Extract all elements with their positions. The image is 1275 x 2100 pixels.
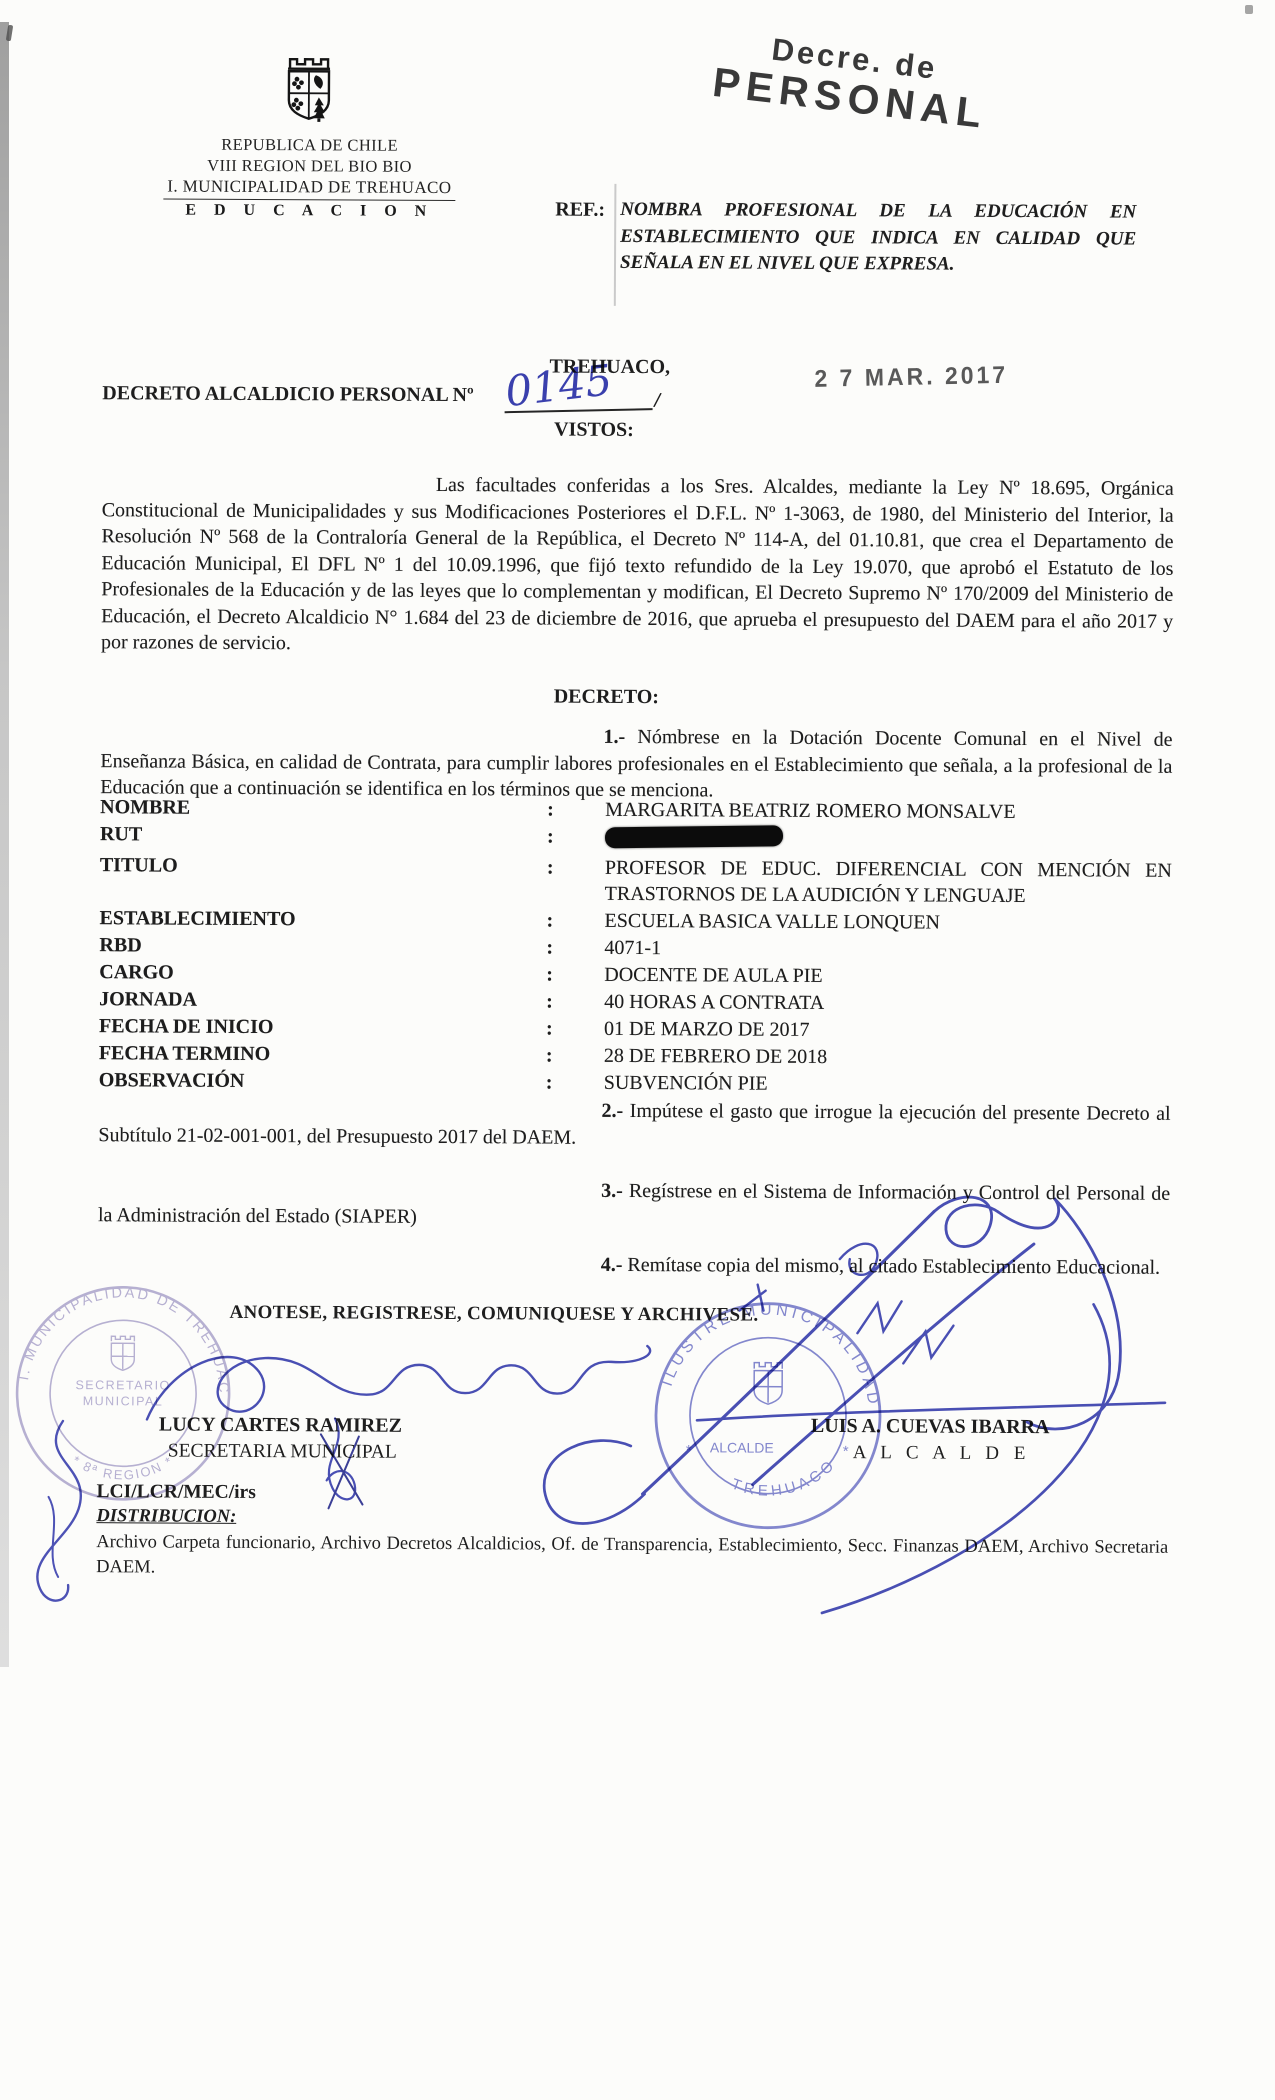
secretary-round-stamp: I. MUNICIPALIDAD DE TREHUACO * 8ª REGION… xyxy=(6,1277,239,1515)
item-2-text: Impútese el gasto que irrogue la ejecuci… xyxy=(98,1100,1170,1148)
ref-text: NOMBRA PROFESIONAL DE LA EDUCACIÓN EN ES… xyxy=(620,197,1136,279)
municipal-coat-of-arms-icon xyxy=(272,52,346,137)
detail-label: RBD xyxy=(99,932,546,961)
detail-value: 28 DE FEBRERO DE 2018 xyxy=(604,1042,1171,1071)
detail-value: SUBVENCIÓN PIE xyxy=(604,1069,1171,1098)
mayor-round-stamp: ILUSTRE MUNICIPALIDAD TREHUACO ALCALDE *… xyxy=(644,1292,891,1544)
appointment-details-table: NOMBRE:MARGARITA BEATRIZ ROMERO MONSALVE… xyxy=(99,794,1173,1099)
distribution-text: Archivo Carpeta funcionario, Archivo Dec… xyxy=(96,1530,1168,1586)
letterhead-municipality: I. MUNICIPALIDAD DE TREHUACO xyxy=(163,176,455,202)
detail-colon: : xyxy=(546,1069,604,1096)
table-row: OBSERVACIÓN:SUBVENCIÓN PIE xyxy=(99,1067,1171,1100)
detail-value: 40 HORAS A CONTRATA xyxy=(604,988,1171,1017)
detail-colon: : xyxy=(547,854,605,881)
decree-number-label: DECRETO ALCALDICIO PERSONAL Nº xyxy=(102,382,473,407)
date-stamp: 2 7 MAR. 2017 xyxy=(814,361,1008,393)
detail-label: TITULO xyxy=(100,852,547,881)
decreto-item-2: 2.- Impútese el gasto que irrogue la eje… xyxy=(98,1095,1170,1154)
detail-label: FECHA TERMINO xyxy=(99,1040,546,1069)
detail-colon: : xyxy=(547,907,605,934)
item-4-text: Remítase copia del mismo, al citado Esta… xyxy=(627,1254,1160,1279)
detail-colon: : xyxy=(546,988,604,1015)
left-stamp-crest-icon xyxy=(111,1336,134,1370)
decree-number-slash: / xyxy=(652,387,662,414)
detail-value xyxy=(605,824,1172,857)
detail-colon: : xyxy=(546,1015,604,1042)
detail-colon: : xyxy=(547,824,605,851)
detail-value: MARGARITA BEATRIZ ROMERO MONSALVE xyxy=(605,797,1172,826)
decreto-item-3: 3.- Regístrese en el Sistema de Informac… xyxy=(98,1175,1170,1234)
detail-value: ESCUELA BASICA VALLE LONQUEN xyxy=(605,907,1172,936)
detail-value: 4071-1 xyxy=(604,934,1171,963)
redacted-rut-value xyxy=(605,825,783,848)
detail-value: PROFESOR DE EDUC. DIFERENCIAL CON MENCIÓ… xyxy=(605,854,1172,910)
scan-edge-shadow xyxy=(0,22,9,1667)
right-stamp-ring-top: ILUSTRE MUNICIPALIDAD xyxy=(659,1301,883,1409)
detail-label: FECHA DE INICIO xyxy=(99,1013,546,1042)
decree-number-underline xyxy=(504,382,653,413)
decreto-heading: DECRETO: xyxy=(554,686,659,710)
decreto-item-1: 1.- Nómbrese en la Dotación Docente Comu… xyxy=(100,721,1172,806)
scan-fold-line xyxy=(614,184,617,306)
svg-text:TREHUACO: TREHUACO xyxy=(729,1455,840,1500)
right-stamp-star-left: * xyxy=(686,1442,692,1459)
decreto-item-4: 4.- Remítase copia del mismo, al citado … xyxy=(98,1249,1170,1281)
right-stamp-ring-bottom: TREHUACO xyxy=(729,1455,840,1500)
detail-colon: : xyxy=(546,961,604,988)
item-4-number: 4.- xyxy=(601,1254,623,1276)
detail-colon: : xyxy=(547,797,605,824)
detail-label: NOMBRE xyxy=(100,794,547,823)
detail-colon: : xyxy=(546,934,604,961)
item-3-number: 3.- xyxy=(601,1180,623,1202)
left-stamp-center-line1: SECRETARIO xyxy=(75,1378,170,1392)
detail-value: DOCENTE DE AULA PIE xyxy=(604,961,1171,990)
item-1-text: Nómbrese en la Dotación Docente Comunal … xyxy=(100,726,1172,801)
item-3-text: Regístrese en el Sistema de Información … xyxy=(98,1180,1170,1227)
detail-value: 01 DE MARZO DE 2017 xyxy=(604,1015,1171,1044)
detail-label: JORNADA xyxy=(99,986,546,1015)
table-row: TITULO:PROFESOR DE EDUC. DIFERENCIAL CON… xyxy=(100,852,1172,911)
left-stamp-center-line2: MUNICIPAL xyxy=(83,1394,164,1408)
letterhead-department: E D U C A C I O N xyxy=(123,201,495,221)
right-stamp-center: ALCALDE xyxy=(710,1439,774,1455)
right-stamp-star-right: * xyxy=(843,1443,849,1460)
vistos-heading: VISTOS: xyxy=(554,419,634,442)
letterhead-republic: REPUBLICA DE CHILE xyxy=(124,133,496,156)
letterhead-region: VIII REGION DEL BIO BIO xyxy=(123,154,495,177)
scan-corner-mark-top-right xyxy=(1245,5,1253,14)
item-2-number: 2.- xyxy=(602,1100,624,1122)
ref-label: REF.: xyxy=(555,199,605,222)
detail-label: ESTABLECIMIENTO xyxy=(100,905,547,934)
personal-decree-rubber-stamp: Decre. de PERSONAL xyxy=(649,18,1056,146)
svg-text:ILUSTRE MUNICIPALIDAD: ILUSTRE MUNICIPALIDAD xyxy=(659,1301,883,1409)
letterhead: REPUBLICA DE CHILE VIII REGION DEL BIO B… xyxy=(123,133,495,221)
item-1-number: 1.- xyxy=(603,726,625,748)
detail-colon: : xyxy=(546,1042,604,1069)
detail-label: OBSERVACIÓN xyxy=(99,1067,546,1096)
scanned-document-page: REPUBLICA DE CHILE VIII REGION DEL BIO B… xyxy=(0,0,1275,2100)
vistos-paragraph: Las facultades conferidas a los Sres. Al… xyxy=(101,470,1174,661)
detail-label: CARGO xyxy=(99,959,546,988)
detail-label: RUT xyxy=(100,821,547,850)
right-stamp-crest-icon xyxy=(754,1363,782,1405)
place-line: TREHUACO, xyxy=(549,356,670,380)
